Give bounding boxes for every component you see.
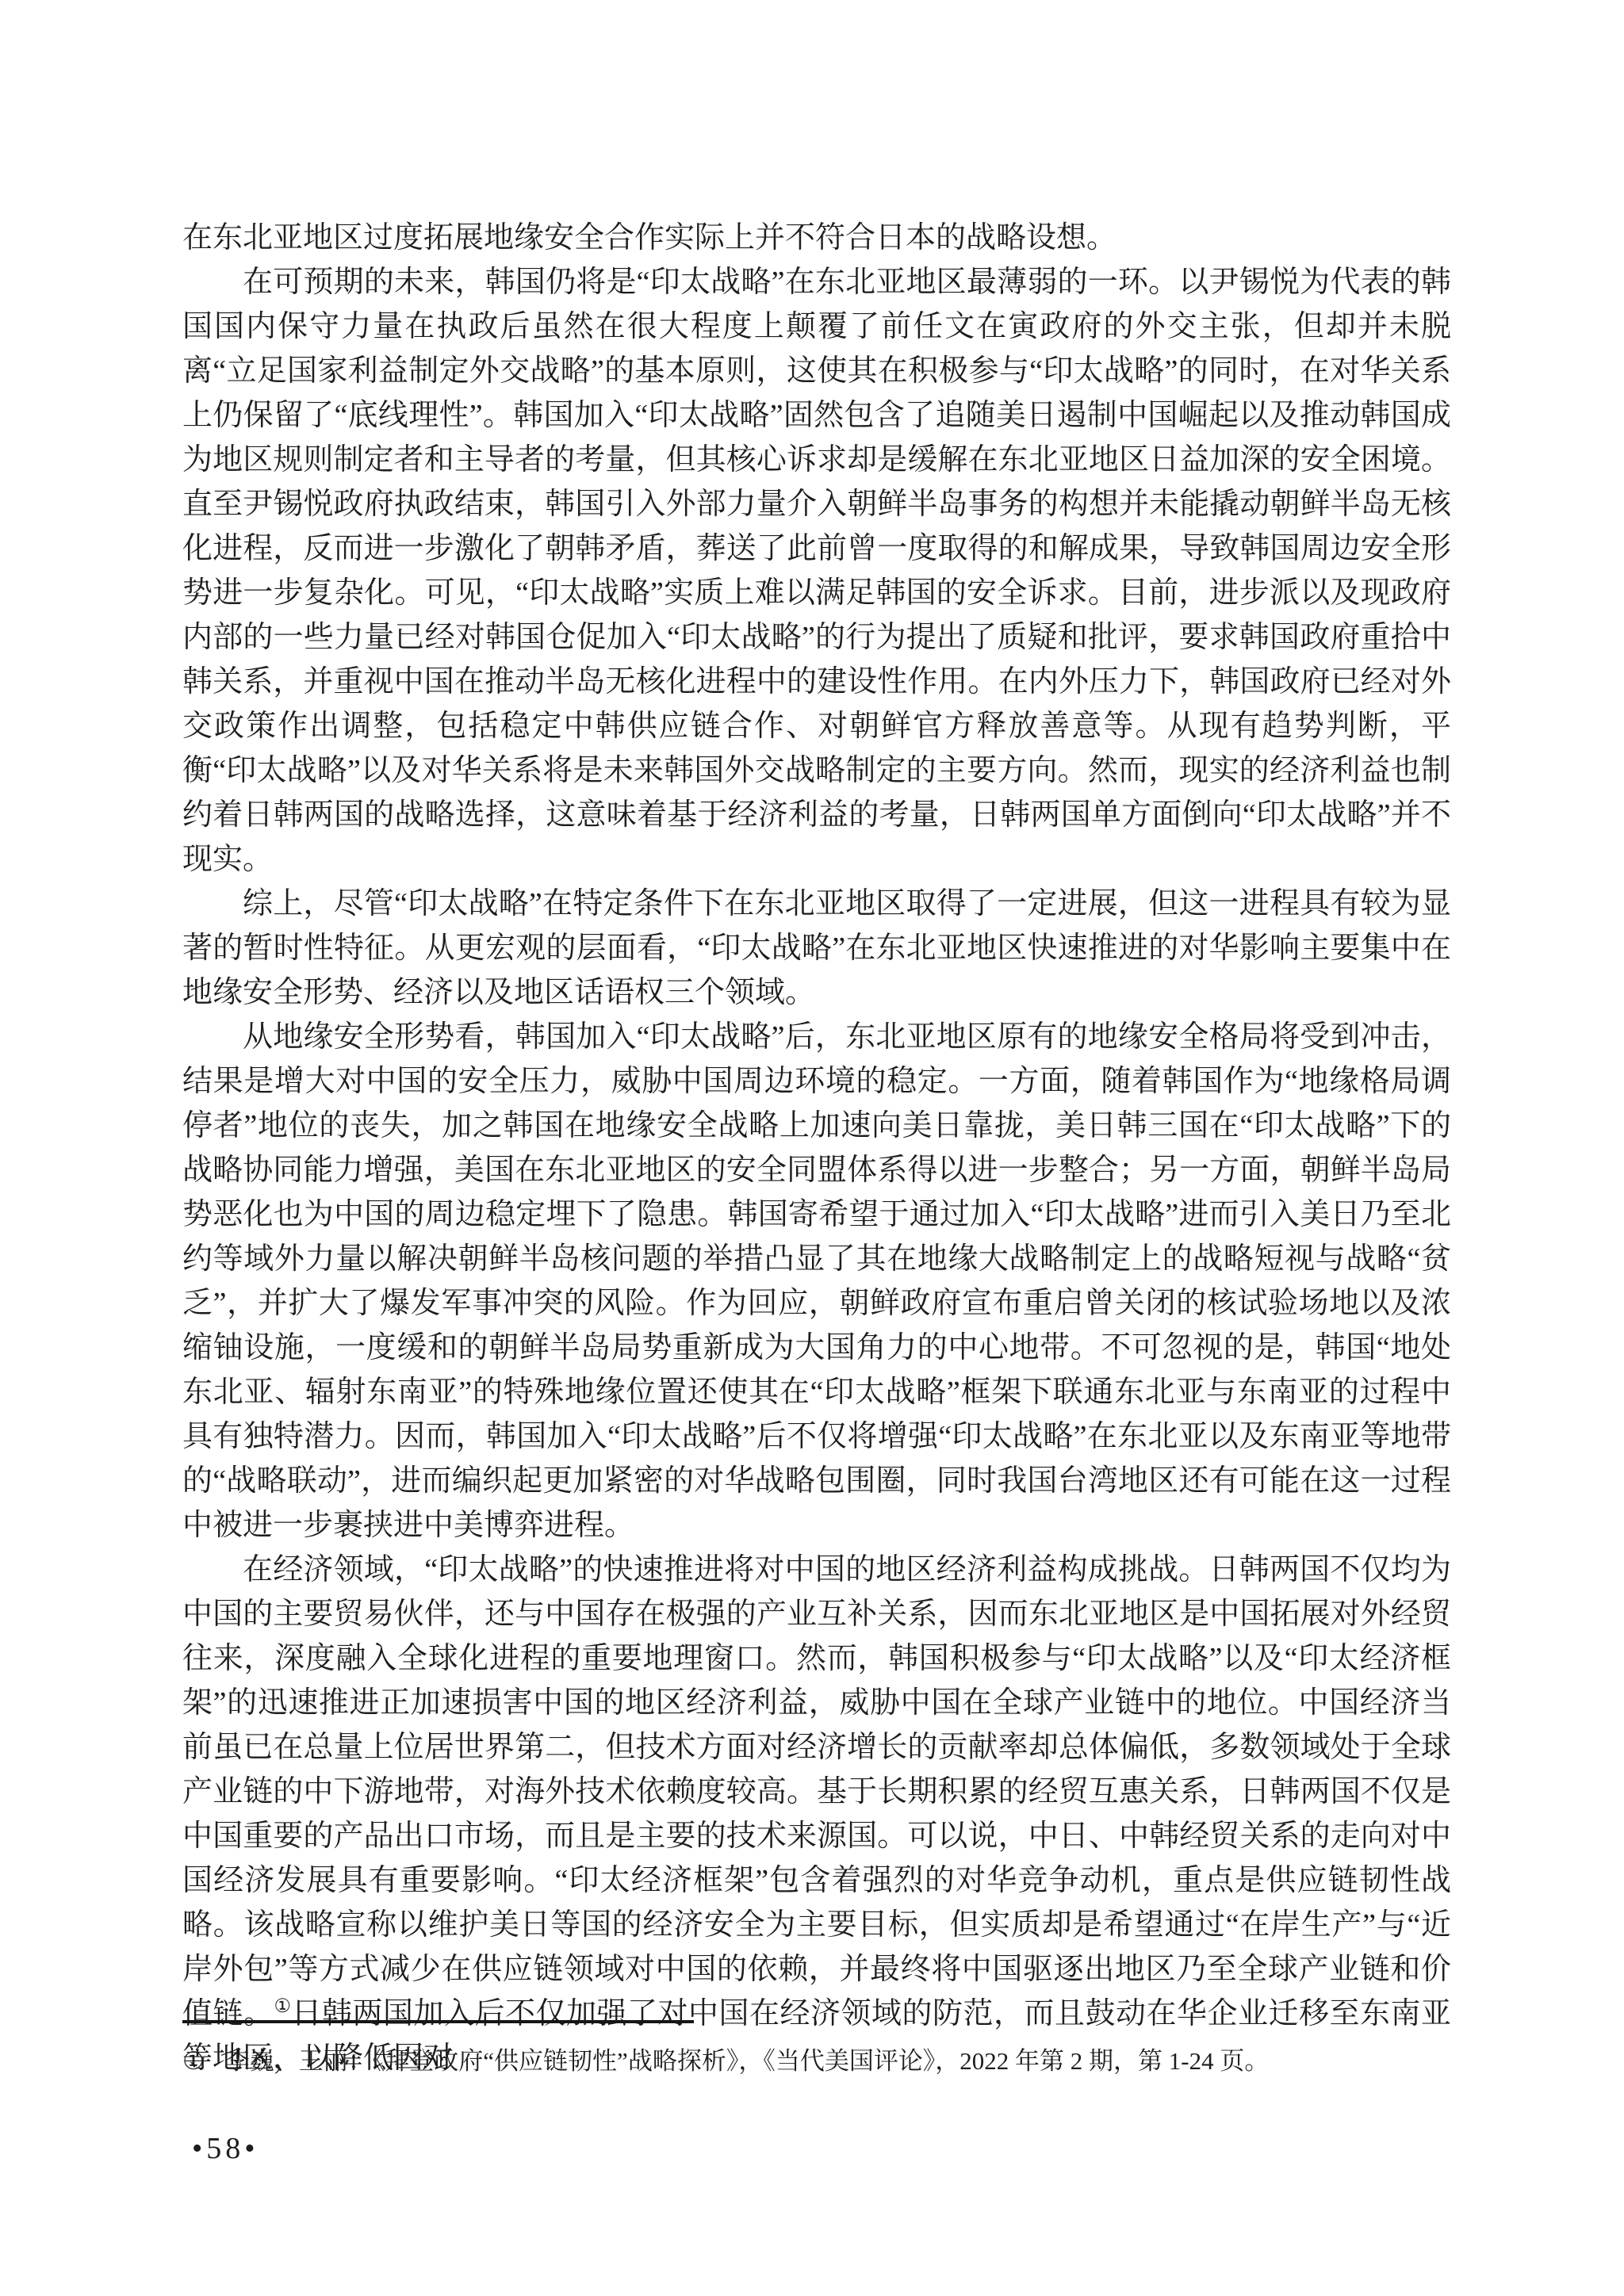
paragraph: 从地缘安全形势看，韩国加入“印太战略”后，东北亚地区原有的地缘安全格局将受到冲击…: [182, 1015, 1451, 1548]
page-number: •58•: [192, 2131, 259, 2166]
footnote: ①李巍、王丽：《拜登政府“供应链韧性”战略探析》，《当代美国评论》，2022 年…: [182, 2044, 1451, 2079]
document-page: 在东北亚地区过度拓展地缘安全合作实际上并不符合日本的战略设想。 在可预期的未来，…: [0, 0, 1624, 2296]
footnote-divider-rule: [182, 2020, 694, 2023]
footnote-marker: ①: [182, 2047, 205, 2075]
paragraph: 在经济领域，“印太战略”的快速推进将对中国的地区经济利益构成挑战。日韩两国不仅均…: [182, 1548, 1451, 2080]
paragraph-text: 在经济领域，“印太战略”的快速推进将对中国的地区经济利益构成挑战。日韩两国不仅均…: [182, 1553, 1451, 2030]
paragraph: 在可预期的未来，韩国仍将是“印太战略”在东北亚地区最薄弱的一环。以尹锡悦为代表的…: [182, 260, 1451, 882]
paragraph-continuation: 在东北亚地区过度拓展地缘安全合作实际上并不符合日本的战略设想。: [182, 216, 1451, 260]
paragraph: 综上，尽管“印太战略”在特定条件下在东北亚地区取得了一定进展，但这一进程具有较为…: [182, 882, 1451, 1015]
footnote-text: 李巍、王丽：《拜登政府“供应链韧性”战略探析》，《当代美国评论》，2022 年第…: [225, 2047, 1270, 2075]
footnote-area: ①李巍、王丽：《拜登政府“供应链韧性”战略探析》，《当代美国评论》，2022 年…: [182, 2020, 1451, 2079]
article-body: 在东北亚地区过度拓展地缘安全合作实际上并不符合日本的战略设想。 在可预期的未来，…: [182, 216, 1451, 2080]
footnote-reference-mark: ①: [274, 1996, 292, 2017]
